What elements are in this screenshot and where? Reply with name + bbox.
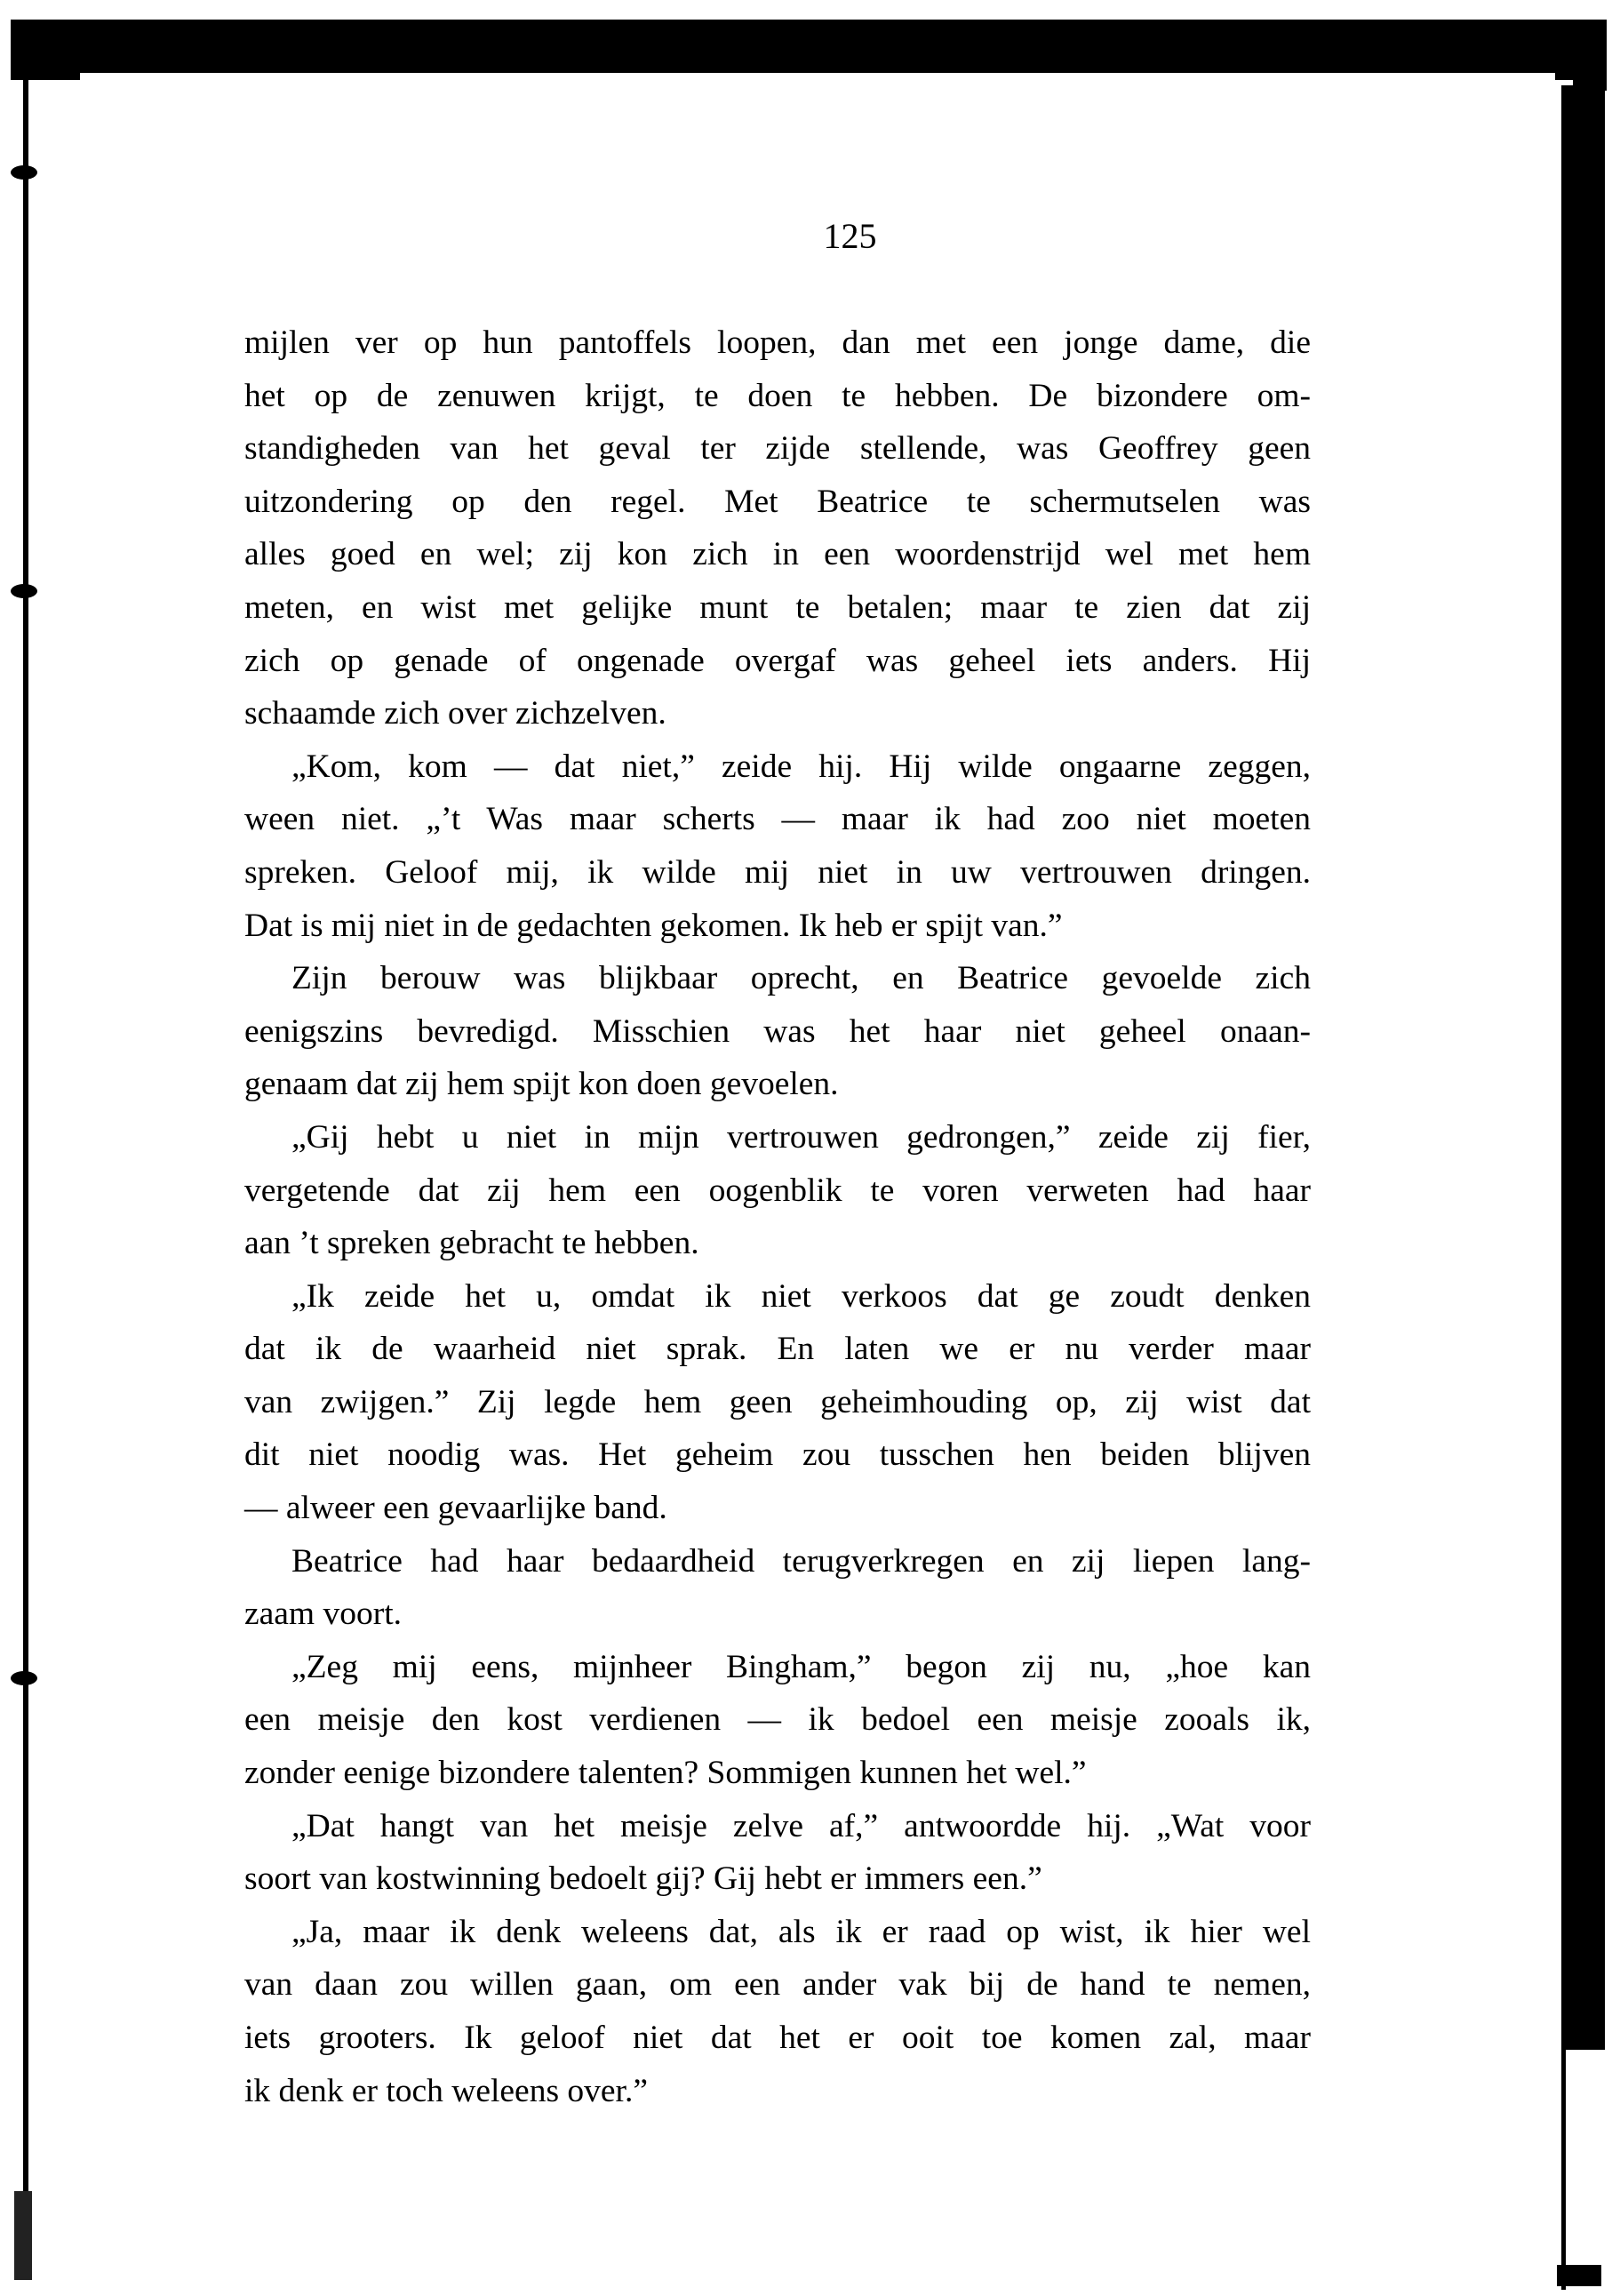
paragraph: „Ik zeide het u, omdat ik niet verkoos d…	[244, 1270, 1311, 1535]
page-body-text: mijlen ver op hun pantoffels loopen, dan…	[244, 316, 1311, 2117]
text-line: „Ja, maar ik denk weleens dat, als ik er…	[244, 1906, 1311, 1959]
scan-border-top-right	[1573, 20, 1607, 91]
text-line: Beatrice had haar bedaardheid terugverkr…	[244, 1535, 1311, 1588]
text-line: Zijn berouw was blijkbaar oprecht, en Be…	[244, 952, 1311, 1005]
text-line: eenigszins bevredigd. Misschien was het …	[244, 1005, 1311, 1059]
scan-border-right	[1566, 85, 1605, 2050]
text-line: het op de zenuwen krijgt, te doen te heb…	[244, 370, 1311, 423]
scan-border-left	[23, 80, 28, 2276]
text-line: ik denk er toch weleens over.”	[244, 2065, 1311, 2118]
text-line: Dat is mij niet in de gedachten gekomen.…	[244, 900, 1311, 953]
text-line: ween niet. „’t Was maar scherts — maar i…	[244, 793, 1311, 846]
text-line: zaam voort.	[244, 1588, 1311, 1641]
text-line: schaamde zich over zichzelven.	[244, 687, 1311, 740]
text-line: spreken. Geloof mij, ik wilde mij niet i…	[244, 846, 1311, 900]
paragraph: „Gij hebt u niet in mijn vertrouwen gedr…	[244, 1111, 1311, 1270]
text-line: „Gij hebt u niet in mijn vertrouwen gedr…	[244, 1111, 1311, 1164]
paragraph: Beatrice had haar bedaardheid terugverkr…	[244, 1535, 1311, 1641]
paragraph: „Ja, maar ik denk weleens dat, als ik er…	[244, 1906, 1311, 2117]
page-number: 125	[0, 215, 1620, 257]
text-line: vergetende dat zij hem een oogenblik te …	[244, 1164, 1311, 1218]
text-line: alles goed en wel; zij kon zich in een w…	[244, 528, 1311, 581]
paragraph: „Kom, kom — dat niet,” zeide hij. Hij wi…	[244, 740, 1311, 952]
text-line: „Zeg mij eens, mijnheer Bingham,” begon …	[244, 1641, 1311, 1694]
text-line: uitzondering op den regel. Met Beatrice …	[244, 476, 1311, 529]
scan-border-top	[11, 20, 1575, 80]
text-line: iets grooters. Ik geloof niet dat het er…	[244, 2012, 1311, 2065]
paragraph: mijlen ver op hun pantoffels loopen, dan…	[244, 316, 1311, 740]
scan-border-bottom-right	[1557, 2265, 1601, 2286]
paragraph: „Zeg mij eens, mijnheer Bingham,” begon …	[244, 1641, 1311, 1800]
scan-binding-mark	[11, 165, 37, 180]
text-line: van zwijgen.” Zij legde hem geen geheimh…	[244, 1376, 1311, 1429]
paragraph: Zijn berouw was blijkbaar oprecht, en Be…	[244, 952, 1311, 1111]
text-line: genaam dat zij hem spijt kon doen gevoel…	[244, 1058, 1311, 1111]
scan-binding-foot	[14, 2191, 32, 2280]
scan-border-top-highlight	[80, 73, 1555, 80]
text-line: soort van kostwinning bedoelt gij? Gij h…	[244, 1852, 1311, 1906]
text-line: aan ’t spreken gebracht te hebben.	[244, 1217, 1311, 1270]
text-line: dat ik de waarheid niet sprak. En laten …	[244, 1323, 1311, 1376]
text-line: zich op genade of ongenade overgaf was g…	[244, 635, 1311, 688]
text-line: — alweer een gevaarlijke band.	[244, 1482, 1311, 1535]
text-line: zonder eenige bizondere talenten? Sommig…	[244, 1747, 1311, 1800]
text-line: een meisje den kost verdienen — ik bedoe…	[244, 1693, 1311, 1747]
scan-binding-mark	[11, 584, 37, 598]
text-line: van daan zou willen gaan, om een ander v…	[244, 1958, 1311, 2012]
text-line: „Ik zeide het u, omdat ik niet verkoos d…	[244, 1270, 1311, 1324]
text-line: mijlen ver op hun pantoffels loopen, dan…	[244, 316, 1311, 370]
paragraph: „Dat hangt van het meisje zelve af,” ant…	[244, 1800, 1311, 1906]
scan-binding-mark	[11, 1671, 37, 1685]
text-line: „Dat hangt van het meisje zelve af,” ant…	[244, 1800, 1311, 1853]
text-line: meten, en wist met gelijke munt te betal…	[244, 581, 1311, 635]
text-line: standigheden van het geval ter zijde ste…	[244, 422, 1311, 476]
text-line: dit niet noodig was. Het geheim zou tuss…	[244, 1428, 1311, 1482]
text-line: „Kom, kom — dat niet,” zeide hij. Hij wi…	[244, 740, 1311, 794]
